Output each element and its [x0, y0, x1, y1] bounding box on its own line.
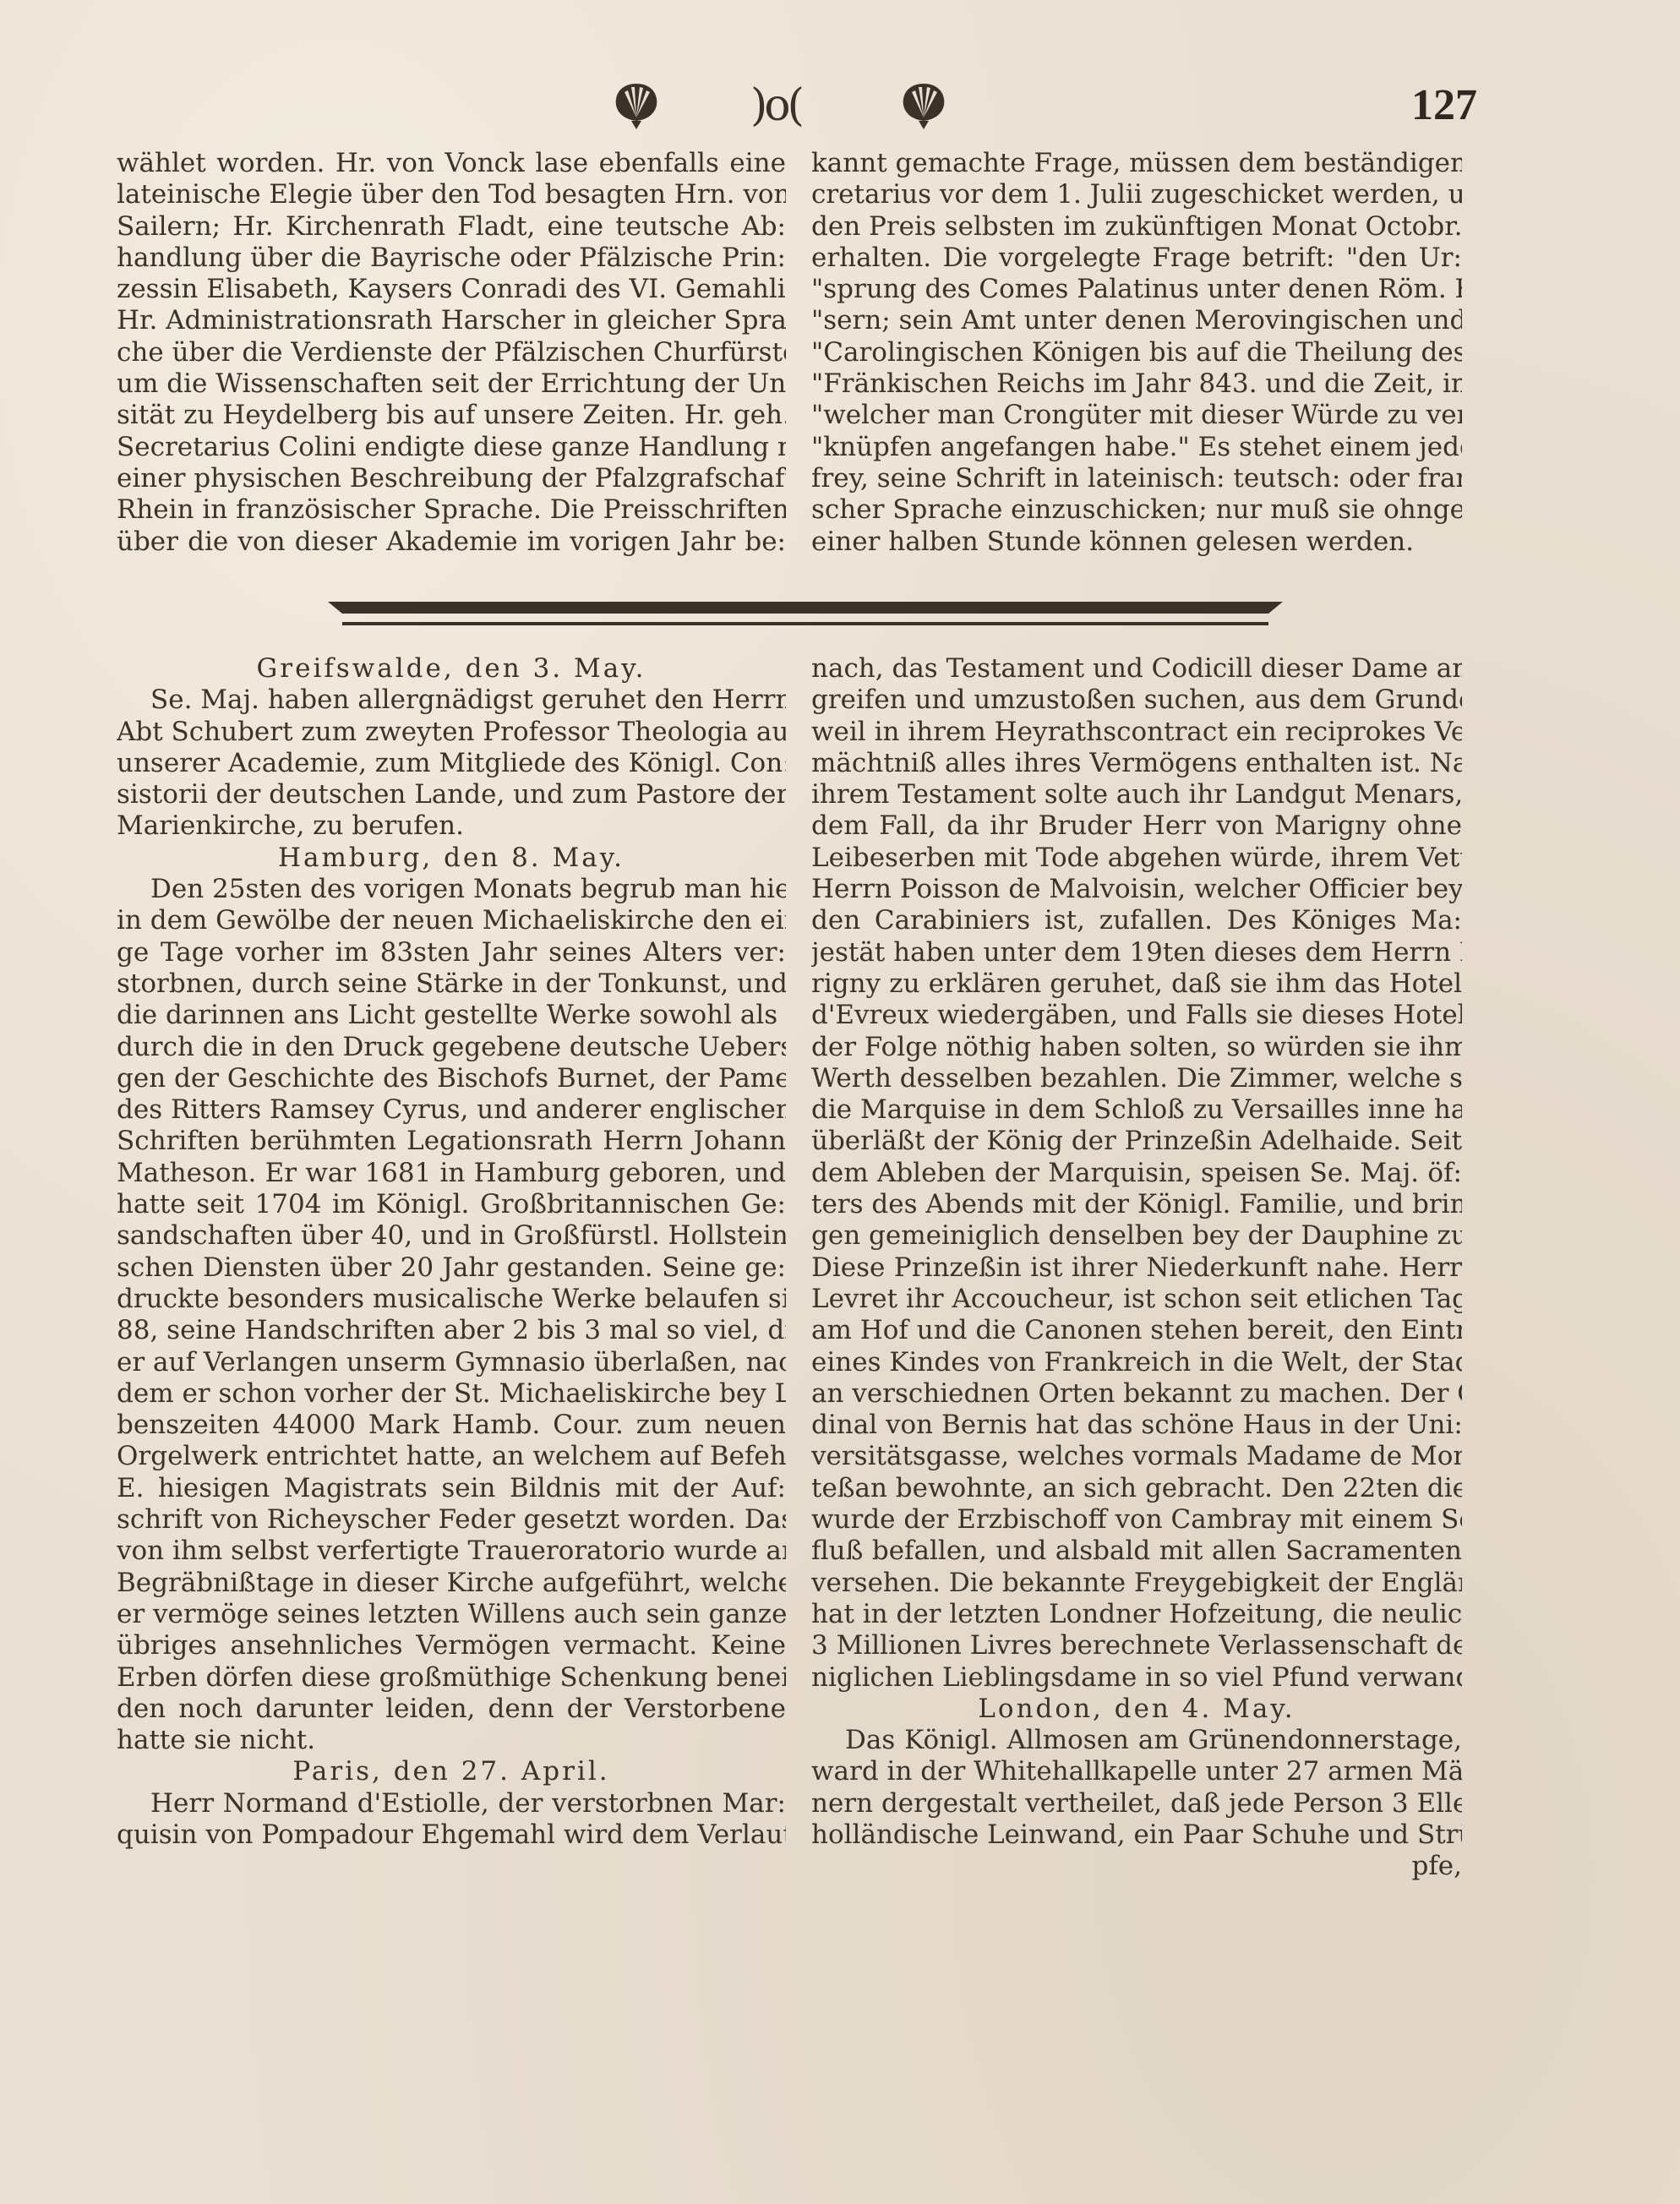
- text-line: die Marquise in dem Schloß zu Versailles…: [811, 1094, 1462, 1126]
- text-line: lateinische Elegie über den Tod besagten…: [117, 179, 786, 210]
- text-line: wählet worden. Hr. von Vonck lase ebenfa…: [117, 148, 786, 179]
- text-line: um die Wissenschaften seit der Errichtun…: [117, 368, 786, 400]
- text-line: Herrn Poisson de Malvoisin, welcher Offi…: [811, 874, 1462, 905]
- text-line: eines Kindes von Frankreich in die Welt,…: [811, 1347, 1462, 1378]
- text-line: 88, seine Handschriften aber 2 bis 3 mal…: [117, 1315, 786, 1346]
- text-line: den Carabiniers ist, zufallen. Des König…: [811, 905, 1462, 936]
- text-line: benszeiten 44000 Mark Hamb. Cour. zum ne…: [117, 1410, 786, 1441]
- text-line: wurde der Erzbischoff von Cambray mit ei…: [811, 1504, 1462, 1536]
- text-line: Begräbnißtage in dieser Kirche aufgeführ…: [117, 1568, 786, 1599]
- shell-ornament-icon: [613, 80, 660, 131]
- text-line: teßan bewohnte, an sich gebracht. Den 22…: [811, 1473, 1462, 1504]
- text-line: sität zu Heydelberg bis auf unsere Zeite…: [117, 400, 786, 431]
- text-line: er vermöge seines letzten Willens auch s…: [117, 1599, 786, 1630]
- text-line: Herr Normand d'Estiolle, der verstorbnen…: [117, 1788, 786, 1819]
- text-line: fluß befallen, und alsbald mit allen Sac…: [811, 1536, 1462, 1567]
- text-line: schen Diensten über 20 Jahr gestanden. S…: [117, 1252, 786, 1284]
- section-divider: [328, 602, 1283, 636]
- text-line: gen gemeiniglich denselben bey der Dauph…: [811, 1220, 1462, 1252]
- text-line: versehen. Die bekannte Freygebigkeit der…: [811, 1568, 1462, 1599]
- text-line: die darinnen ans Licht gestellte Werke s…: [117, 1000, 786, 1031]
- text-line: gen der Geschichte des Bischofs Burnet, …: [117, 1063, 786, 1094]
- catchword: pfe,: [811, 1851, 1462, 1882]
- top-left-column: wählet worden. Hr. von Vonck lase ebenfa…: [117, 148, 786, 558]
- text-line: dinal von Bernis hat das schöne Haus in …: [811, 1410, 1462, 1441]
- text-line: "sprung des Comes Palatinus unter denen …: [811, 274, 1462, 305]
- text-line: mächtniß alles ihres Vermögens enthalten…: [811, 748, 1462, 779]
- text-line: nern dergestalt vertheilet, daß jede Per…: [811, 1788, 1462, 1819]
- text-line: dem Fall, da ihr Bruder Herr von Marigny…: [811, 810, 1462, 842]
- text-line: weil in ihrem Heyrathscontract ein recip…: [811, 717, 1462, 748]
- text-line: Leibeserben mit Tode abgehen würde, ihre…: [811, 843, 1462, 874]
- text-line: sandschaften über 40, und in Großfürstl.…: [117, 1220, 786, 1252]
- text-line: ge Tage vorher im 83sten Jahr seines Alt…: [117, 937, 786, 968]
- text-line: che über die Verdienste der Pfälzischen …: [117, 337, 786, 368]
- text-line: Hr. Administrationsrath Harscher in glei…: [117, 305, 786, 336]
- text-line: durch die in den Druck gegebene deutsche…: [117, 1032, 786, 1063]
- text-line: Den 25sten des vorigen Monats begrub man…: [117, 874, 786, 905]
- text-line: kannt gemachte Frage, müssen dem beständ…: [811, 148, 1462, 179]
- text-line: Marienkirche, zu berufen.: [117, 810, 786, 842]
- text-line: storbnen, durch seine Stärke in der Tonk…: [117, 968, 786, 1000]
- text-line: Orgelwerk entrichtet hatte, an welchem a…: [117, 1441, 786, 1472]
- center-mark: )o(: [750, 82, 801, 129]
- text-line: Werth desselben bezahlen. Die Zimmer, we…: [811, 1063, 1462, 1094]
- text-line: erhalten. Die vorgelegte Frage betrift: …: [811, 243, 1462, 274]
- text-line: unserer Academie, zum Mitgliede des Köni…: [117, 748, 786, 779]
- text-line: Schriften berühmten Legationsrath Herrn …: [117, 1126, 786, 1157]
- dateline-hamburg: Hamburg, den 8. May.: [117, 843, 786, 874]
- text-line: er auf Verlangen unserm Gymnasio überlaß…: [117, 1347, 786, 1378]
- text-line: schrift von Richeyscher Feder gesetzt wo…: [117, 1504, 786, 1536]
- bottom-right-column: nach, das Testament und Codicill dieser …: [811, 653, 1462, 1883]
- text-line: einer physischen Beschreibung der Pfalzg…: [117, 463, 786, 494]
- page-header: )o( 127: [0, 80, 1680, 148]
- text-line: über die von dieser Akademie im vorigen …: [117, 526, 786, 558]
- text-line: ters des Abends mit der Königl. Familie,…: [811, 1189, 1462, 1220]
- text-line: quisin von Pompadour Ehgemahl wird dem V…: [117, 1819, 786, 1851]
- text-line: niglichen Lieblingsdame in so viel Pfund…: [811, 1662, 1462, 1694]
- text-line: überläßt der König der Prinzeßin Adelhai…: [811, 1126, 1462, 1157]
- text-line: Rhein in französischer Sprache. Die Prei…: [117, 494, 786, 526]
- newspaper-page: )o( 127 wählet worden. Hr. von Vonck las…: [0, 0, 1680, 2204]
- text-line: von ihm selbst verfertigte Traueroratori…: [117, 1536, 786, 1567]
- dateline-greifswalde: Greifswalde, den 3. May.: [117, 653, 786, 685]
- text-line: ihrem Testament solte auch ihr Landgut M…: [811, 779, 1462, 810]
- text-line: jestät haben unter dem 19ten dieses dem …: [811, 937, 1462, 968]
- text-line: "knüpfen angefangen habe." Es stehet ein…: [811, 432, 1462, 463]
- text-line: am Hof und die Canonen stehen bereit, de…: [811, 1315, 1462, 1346]
- text-line: hatte seit 1704 im Königl. Großbritannis…: [117, 1189, 786, 1220]
- text-line: "Fränkischen Reichs im Jahr 843. und die…: [811, 368, 1462, 400]
- text-line: Abt Schubert zum zweyten Professor Theol…: [117, 717, 786, 748]
- dateline-london: London, den 4. May.: [811, 1694, 1462, 1725]
- top-right-column: kannt gemachte Frage, müssen dem beständ…: [811, 148, 1462, 558]
- text-line: "sern; sein Amt unter denen Merovingisch…: [811, 305, 1462, 336]
- text-line: druckte besonders musicalische Werke bel…: [117, 1284, 786, 1315]
- text-line: handlung über die Bayrische oder Pfälzis…: [117, 243, 786, 274]
- text-line: dem Ableben der Marquisin, speisen Se. M…: [811, 1158, 1462, 1189]
- text-line: Diese Prinzeßin ist ihrer Niederkunft na…: [811, 1252, 1462, 1284]
- text-line: d'Evreux wiedergäben, und Falls sie dies…: [811, 1000, 1462, 1031]
- text-line: sistorii der deutschen Lande, und zum Pa…: [117, 779, 786, 810]
- text-line: Se. Maj. haben allergnädigst geruhet den…: [117, 685, 786, 716]
- divider-thin-rule: [342, 622, 1268, 625]
- text-line: greifen und umzustoßen suchen, aus dem G…: [811, 685, 1462, 716]
- text-line: nach, das Testament und Codicill dieser …: [811, 653, 1462, 685]
- text-line: zessin Elisabeth, Kaysers Conradi des VI…: [117, 274, 786, 305]
- text-line: ward in der Whitehallkapelle unter 27 ar…: [811, 1756, 1462, 1787]
- text-line: dem er schon vorher der St. Michaeliskir…: [117, 1378, 786, 1410]
- text-line: cretarius vor dem 1. Julii zugeschicket …: [811, 179, 1462, 210]
- shell-ornament-icon: [900, 80, 947, 131]
- text-line: Matheson. Er war 1681 in Hamburg geboren…: [117, 1158, 786, 1189]
- text-line: Secretarius Colini endigte diese ganze H…: [117, 432, 786, 463]
- text-line: hat in der letzten Londner Hofzeitung, d…: [811, 1599, 1462, 1630]
- text-line: "welcher man Crongüter mit dieser Würde …: [811, 400, 1462, 431]
- dateline-paris: Paris, den 27. April.: [117, 1756, 786, 1787]
- text-line: Sailern; Hr. Kirchenrath Fladt, eine teu…: [117, 211, 786, 243]
- text-line: E. hiesigen Magistrats sein Bildnis mit …: [117, 1473, 786, 1504]
- text-line: rigny zu erklären geruhet, daß sie ihm d…: [811, 968, 1462, 1000]
- text-line: einer halben Stunde können gelesen werde…: [811, 526, 1462, 558]
- text-line: in dem Gewölbe der neuen Michaeliskirche…: [117, 905, 786, 936]
- divider-thick-rule: [328, 602, 1283, 614]
- text-line: den Preis selbsten im zukünftigen Monat …: [811, 211, 1462, 243]
- text-line: frey, seine Schrift in lateinisch: teuts…: [811, 463, 1462, 494]
- text-line: Das Königl. Allmosen am Grünendonnerstag…: [811, 1725, 1462, 1756]
- text-line: Levret ihr Accoucheur, ist schon seit et…: [811, 1284, 1462, 1315]
- text-line: "Carolingischen Königen bis auf die Thei…: [811, 337, 1462, 368]
- text-line: scher Sprache einzuschicken; nur muß sie…: [811, 494, 1462, 526]
- text-line: des Ritters Ramsey Cyrus, und anderer en…: [117, 1094, 786, 1126]
- text-line: übriges ansehnliches Vermögen vermacht. …: [117, 1630, 786, 1661]
- text-line: holländische Leinwand, ein Paar Schuhe u…: [811, 1819, 1462, 1851]
- text-line: Erben dörfen diese großmüthige Schenkung…: [117, 1662, 786, 1694]
- page-number: 127: [1411, 80, 1477, 130]
- text-line: versitätsgasse, welches vormals Madame d…: [811, 1441, 1462, 1472]
- text-line: 3 Millionen Livres berechnete Verlassens…: [811, 1630, 1462, 1661]
- bottom-left-column: Greifswalde, den 3. May. Se. Maj. haben …: [117, 653, 786, 1851]
- text-line: hatte sie nicht.: [117, 1725, 786, 1756]
- text-line: der Folge nöthig haben solten, so würden…: [811, 1032, 1462, 1063]
- text-line: den noch darunter leiden, denn der Verst…: [117, 1694, 786, 1725]
- text-line: an verschiednen Orten bekannt zu machen.…: [811, 1378, 1462, 1410]
